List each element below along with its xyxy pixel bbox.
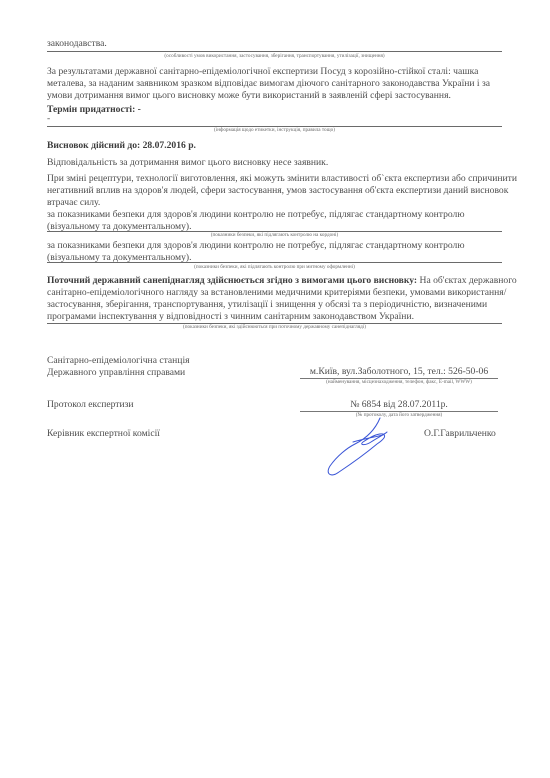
border-control-text: за показниками безпеки для здоров'я люди… [47,209,477,233]
top-line-text: законодавства. [47,38,107,50]
protocol-label: Протокол експертизи [47,399,134,411]
responsibility-text: Відповідальність за дотримання вимог цьо… [47,157,328,169]
caption-border: (показники безпеки, які підлягають контр… [47,232,502,239]
caption-supervision: (показники безпеки, які здійснюються при… [47,324,502,331]
customs-control-text: за показниками безпеки для здоров'я люди… [47,240,477,264]
conclusion-paragraph: За результатами державної санітарно-епід… [47,66,517,102]
supervision-heading: Поточний державний санепіднагляд здійсню… [47,275,417,286]
shelf-life-label: Термін придатності: - [47,104,141,116]
change-clause: При зміні рецептури, технології виготовл… [47,173,517,209]
supervision-paragraph: Поточний державний санепіднагляд здійсню… [47,275,517,323]
divider [47,262,502,263]
organization-address: м.Київ, вул.Заболотного, 15, тел.: 526-5… [300,366,498,378]
caption-address: (найменування, місцезнаходження, телефон… [300,379,498,386]
protocol-value: № 6854 від 28.07.2011р. [300,399,498,411]
caption-label-info: (інформація щодо етикетки, інструкція, п… [47,127,502,134]
shelf-life-value: - [47,113,50,125]
valid-until: Висновок дійсний до: 28.07.2016 р. [47,140,196,152]
document-page: законодавства. (особливості умов викорис… [0,0,550,778]
caption-conditions: (особливості умов використання, застосув… [47,53,502,60]
head-label: Керівник експертної комісії [47,428,160,440]
organization-name: Санітарно-епідеміологічна станція Держав… [47,355,237,379]
caption-customs: (показники безпеки, які підлягають контр… [47,264,502,271]
signature-icon [325,412,405,484]
head-name: О.Г.Гаврильченко [424,428,496,440]
divider [47,51,502,52]
